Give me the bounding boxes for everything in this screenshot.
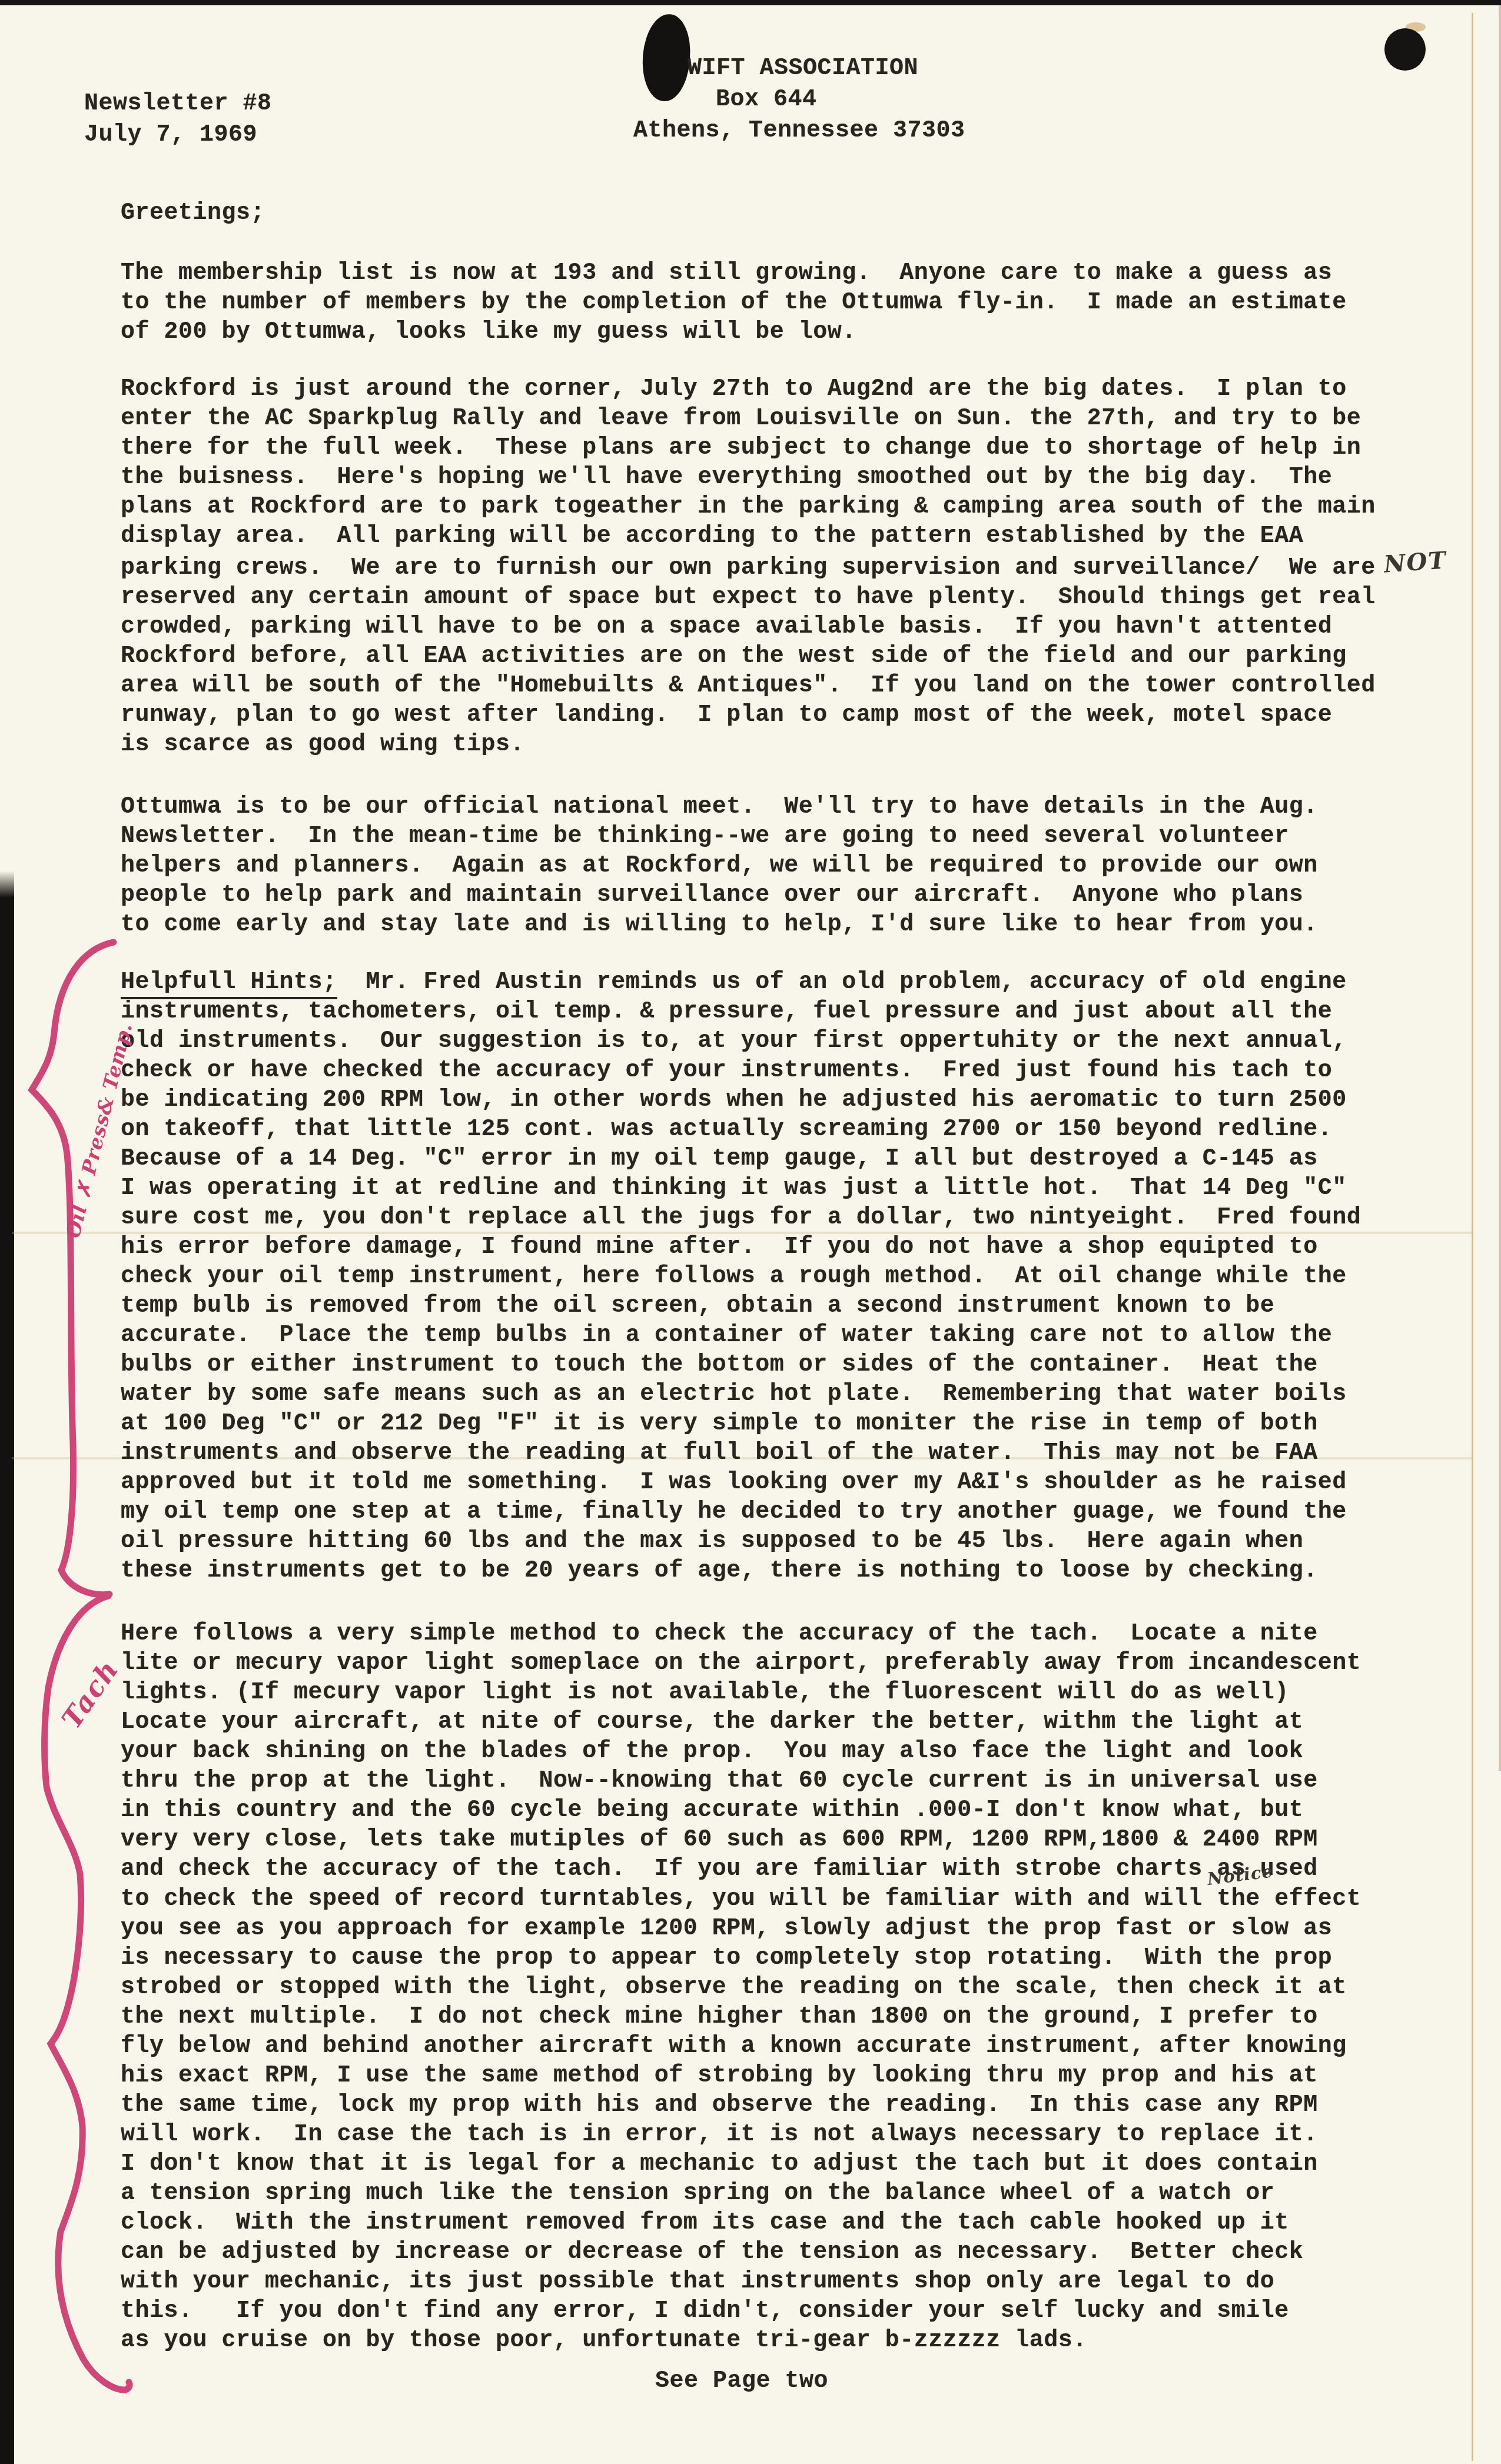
tach-paragraph-text: Here follows a very simple method to che… (121, 1621, 1361, 1913)
oil-press-temp-brace (32, 942, 114, 1595)
org-name: WIFT ASSOCIATION (688, 53, 965, 84)
handwritten-not-annotation: NOT (1383, 546, 1447, 579)
scan-edge-top (0, 0, 1501, 5)
scan-edge-left (0, 871, 14, 2464)
tach-paragraph-text-continued: the effect you see as you approach for e… (121, 1886, 1361, 2354)
greeting-line: Greetings; (121, 199, 265, 228)
tach-method-paragraph: Here follows a very simple method to che… (121, 1620, 1361, 2356)
rockford-paragraph-text: Rockford is just around the corner, July… (121, 376, 1376, 581)
org-po-box: Box 644 (716, 84, 965, 115)
see-page-two-note: See Page two (121, 2367, 1363, 2396)
ottumwa-paragraph: Ottumwa is to be our official national m… (121, 793, 1318, 940)
margin-note-tach: Tach (55, 1654, 125, 1734)
org-city-state-zip: Athens, Tennessee 37303 (633, 115, 965, 147)
rockford-paragraph-text-continued: reserved any certain amount of space but… (121, 584, 1376, 758)
newsletter-date: July 7, 1969 (84, 119, 272, 151)
helpfull-hints-paragraph: Helpfull Hints; Mr. Fred Austin reminds … (121, 968, 1361, 1586)
newsletter-number: Newsletter #8 (84, 88, 272, 119)
header-left-block: Newsletter #8 July 7, 1969 (84, 88, 272, 151)
letterhead-block: WIFT ASSOCIATION Box 644 Athens, Tenness… (633, 53, 965, 147)
paper-right-edge-line (1472, 13, 1473, 2461)
rockford-paragraph: Rockford is just around the corner, July… (121, 375, 1447, 760)
punch-hole (1384, 28, 1426, 71)
helpfull-hints-text: Mr. Fred Austin reminds us of an old pro… (121, 969, 1361, 1584)
helpfull-hints-heading: Helpfull Hints; (121, 969, 337, 999)
scanned-newsletter-page: Newsletter #8 July 7, 1969 WIFT ASSOCIAT… (0, 0, 1501, 2464)
paper-right-edge-shadow (1499, 5, 1501, 1771)
membership-paragraph: The membership list is now at 193 and st… (121, 259, 1347, 347)
